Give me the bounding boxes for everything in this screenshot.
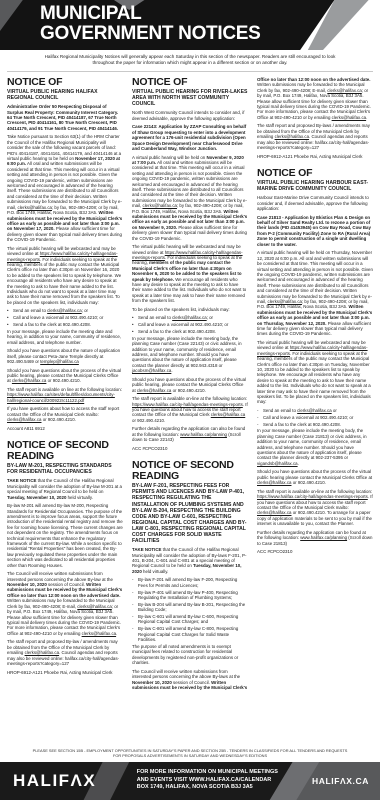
text-segment: November 10, 2020 (132, 680, 172, 685)
list-item-text: By-law F-201 will amend By-law F-200, Re… (138, 577, 248, 588)
text-segment: By-law F-201 will amend By-law F-200, Re… (138, 577, 237, 587)
text-segment: In your message, please include the meet… (7, 329, 121, 345)
link[interactable]: clerks@halifax.ca (77, 604, 111, 609)
link[interactable]: jacobsm@halifax.ca (132, 368, 171, 373)
text-segment: or (332, 408, 337, 413)
text-segment: Case 21813 - Application by Ekistics Pla… (257, 215, 371, 247)
text-segment: ; or (82, 308, 88, 313)
notice-list-item: •Send an email to clerks@halifax.ca; or (7, 308, 123, 313)
text-segment: Tuesday, November 10, 2020 (7, 495, 66, 500)
footer-info-line2: AND EVENTS VISIT WWW.HALIFAX.CA/CALENDAR (137, 777, 281, 785)
link[interactable]: https://www.halifax.ca/city-hall/agendas… (257, 494, 368, 499)
list-item-text: Send an email to clerks@halifax.ca; or (13, 308, 123, 313)
notice-paragraph: North West Community Council intends to … (132, 110, 248, 121)
notice-title: NOTICE OF (132, 77, 248, 88)
notice-list-item: -Call and leave a voicemail at 902.490.4… (257, 415, 373, 420)
notice-title: NOTICE OF (257, 168, 373, 179)
notice-subtitle: BY-LAW M-201, RESPECTING STANDARDS FOR R… (7, 463, 123, 475)
notices-columns: NOTICE OFVIRTUAL PUBLIC HEARING HALIFAX … (7, 71, 373, 745)
notice-list-item: -Send an email to clerks@halifax.ca or (257, 408, 373, 413)
text-segment: In your message, please include the meet… (132, 336, 242, 368)
notice-paragraph: A virtual public hearing will be held on… (132, 155, 248, 242)
link[interactable]: clerks@halifax.ca (327, 88, 361, 93)
text-segment: All oral and written submissions will be… (132, 160, 247, 208)
notice-paragraph: ACC #CPCO2310 (257, 549, 373, 554)
link[interactable]: clerks@halifax.ca (7, 417, 41, 422)
text-segment: or 902.490.4210. (46, 378, 80, 383)
notice-paragraph: Should you have questions about the proc… (257, 469, 373, 485)
link[interactable]: https://www.halifax.ca/sites/default/fil… (7, 392, 115, 402)
text-segment: All oral and written submissions will be… (7, 161, 122, 209)
notice-subtitle: VIRTUAL PUBLIC HEARING HALIFAX REGIONAL … (7, 89, 123, 101)
text-segment: Send an email to (263, 408, 297, 413)
link[interactable]: clerks@halifax.ca (18, 205, 52, 210)
text-segment: Send a fax to the clerk at 902.490.4208. (138, 329, 216, 334)
text-segment: The staff report is available on line at… (7, 387, 122, 392)
text-segment: By-law M-201 will amend By-law M-200, Re… (7, 503, 123, 567)
page-title: MUNICIPAL GOVERNMENT NOTICES (40, 4, 261, 44)
link[interactable]: www.halifax.ca/planning (300, 535, 347, 540)
text-segment: or 902.490.4210. (171, 388, 205, 393)
notice-list-item: -By-law B-204 will amend By-law B-201, R… (132, 602, 248, 613)
notice-paragraph: The purpose of all noted amendments is t… (132, 644, 248, 666)
notice-paragraph: By-law M-201 will amend By-law M-200, Re… (7, 503, 123, 568)
text-segment: Send an email to (13, 308, 47, 313)
notice-list-item: -By-law C-801 will amend By-law C-800, R… (132, 626, 248, 642)
notice-paragraph: Further details regarding the applicatio… (257, 530, 373, 546)
text-segment: . (116, 631, 117, 636)
text-segment: North West Community Council intends to … (132, 110, 244, 120)
intro-text: Halifax Regional Municipality Notices wi… (0, 50, 380, 69)
text-segment: The staff report is available on-line at… (132, 396, 247, 401)
text-segment: Send a fax to the clerk at 902.490.4208. (13, 322, 91, 327)
text-segment: If you have questions about how to acces… (7, 406, 119, 416)
notice-subtitle: VIRTUAL PUBLIC HEARING HARBOUR EAST-MARI… (257, 180, 373, 192)
notice-paragraph: Should you have questions about the proc… (7, 368, 123, 384)
notice-paragraph: The Council will receive written submiss… (7, 571, 123, 636)
section-reference-note: PLEASE SEE SECTION 15B - EMPLOYMENT OPPO… (0, 745, 380, 761)
text-segment: The purpose of all noted amendments is t… (132, 644, 238, 665)
halifax-logo: HALIFΛX (13, 771, 96, 791)
notice-paragraph: A virtual public hearing will be held on… (257, 250, 373, 337)
text-segment: By-law C-801 will amend By-law C-800, Re… (138, 626, 238, 642)
section-reference-line2: FOR PROPOSALS ADVERTISEMENTS IN SATURDAY… (12, 753, 368, 758)
notice-paragraph: Office no later than 12:00 noon on the a… (257, 77, 373, 120)
text-segment: . (171, 368, 172, 373)
link[interactable]: clerks@halifax.ca (257, 480, 291, 485)
notice-title: NOTICE OF (7, 77, 123, 88)
link[interactable]: clerks@halifax.ca (275, 134, 309, 139)
footer-info-text: FOR MORE INFORMATION ON MUNICIPAL MEETIN… (137, 769, 281, 792)
list-item-text: Send an email to clerks@halifax.ca; or (138, 315, 248, 320)
list-item-text: Send a fax to the clerk at 902.490.4208. (138, 329, 248, 334)
notice-list-item: •Send an email to clerks@halifax.ca; or (132, 315, 248, 320)
notice-list-item: -Send a fax to the clerk at 902.490.4208… (257, 422, 373, 427)
notice-paragraph: Further details regarding the applicatio… (132, 426, 248, 442)
notice-paragraph: The staff report and proposed By-laws / … (257, 123, 373, 150)
halifax-ca-link[interactable]: HALIFΛX.CA (312, 776, 369, 786)
notice-paragraph: Take Notice pursuant to Section 63(1) of… (7, 134, 123, 242)
notices-column-1: NOTICE OFVIRTUAL PUBLIC HEARING HALIFAX … (7, 77, 123, 745)
text-segment: HROP-6912-A121 Phoebe Rai, Acting Munici… (7, 670, 112, 675)
list-item-text: Call and leave a voicemail at 902.490.42… (138, 322, 248, 327)
link[interactable]: clerks@halifax.ca (25, 650, 59, 655)
text-segment: Call and leave a voicemail at 902.490.42… (138, 322, 228, 327)
masthead-banner: MUNICIPAL GOVERNMENT NOTICES (0, 0, 380, 50)
text-segment: or 902.490.4210. (291, 480, 325, 485)
text-segment: Account A811 6912 (7, 426, 45, 431)
notice-paragraph: In your message, please include the meet… (7, 329, 123, 345)
text-segment: . (298, 461, 299, 466)
notice-paragraph: Harbour East-Marine Drive Community Coun… (257, 195, 373, 211)
link[interactable]: clerks@halifax.ca (297, 408, 331, 413)
link[interactable]: clerks@halifax.ca (82, 631, 116, 636)
text-segment: By-law B-204 will amend By-law B-201, Re… (138, 602, 245, 612)
notice-paragraph: The staff report is available on-line at… (132, 396, 248, 423)
text-segment: or 902.490.4210. (132, 418, 165, 423)
link[interactable]: www.halifax.ca/planning (180, 432, 227, 437)
notice-paragraph: The staff report is available on-line at… (257, 489, 373, 527)
notice-title: NOTICE OF SECOND READING (132, 460, 248, 482)
notice-paragraph: Should you have questions about the proc… (132, 377, 248, 393)
list-item-text: Call and leave a voicemail at 902.490.42… (263, 415, 373, 420)
text-segment: A virtual public hearing will be held on… (257, 250, 373, 304)
link[interactable]: clerks@halifax.ca (211, 412, 245, 417)
text-segment: By-law P-401 will amend By-law P-400, Re… (138, 590, 238, 600)
text-segment: or 902.490.4210. (41, 417, 75, 422)
text-segment: TAKE NOTICE (132, 547, 161, 552)
text-segment: Call and leave a voicemail at 902.490.42… (13, 315, 103, 320)
notice-paragraph: The Council will receive written submiss… (132, 669, 248, 691)
notice-list-item: •Send a fax to the clerk at 902.490.4208… (132, 329, 248, 334)
notice-paragraph: Should you have questions about the natu… (7, 348, 123, 364)
text-segment: ACC #CPCO2310 (257, 549, 292, 554)
text-segment: By-law C-601 will amend By-law C-600, Re… (138, 614, 238, 624)
list-item-text: Send a fax to the clerk at 902.490.4208. (263, 422, 373, 427)
notice-subtitle: VIRTUAL PUBLIC HEARING FOR RIVER-LAKES A… (132, 89, 248, 107)
text-segment: Call and leave a voicemail at 902.490.42… (263, 415, 353, 420)
link[interactable]: clerks@halifax.ca (47, 308, 81, 313)
text-segment: Administrative Order 50 Respecting Dispo… (7, 104, 118, 131)
text-segment: To be placed on the speakers list, indiv… (132, 307, 230, 312)
notice-list-item: -By-law F-201 will amend By-law F-200, R… (132, 577, 248, 588)
notice-paragraph: ACC #CPCO2310 (132, 446, 248, 451)
list-item-text: Call and leave a voicemail at 902.490.42… (13, 315, 123, 320)
link[interactable]: https://www.halifax.ca/city-hall/agendas… (132, 402, 243, 407)
footer-bar: HALIFΛX FOR MORE INFORMATION ON MUNICIPA… (0, 762, 380, 800)
notice-paragraph: In your message, please include the meet… (132, 336, 248, 374)
notice-paragraph: HROP-6912-A121 Phoebe Rai, Acting Munici… (257, 154, 373, 159)
notice-paragraph: The staff report is available on line at… (7, 387, 123, 403)
notice-list-item: •Call and leave a voicemail at 902.490.4… (7, 315, 123, 320)
link[interactable]: clerks@halifax.ca (12, 378, 46, 383)
footer-info-line3: BOX 1749, HALIFAX, NOVA SCOTIA B3J 3A5 (137, 784, 281, 792)
list-item-text: Send a fax to the clerk at 902.490.4208. (13, 322, 123, 327)
notice-paragraph: Case 21813 - Application by Ekistics Pla… (257, 215, 373, 247)
text-segment: . For individuals seeking to speak at th… (257, 351, 371, 405)
notice-paragraph: To be placed on the speakers list, indiv… (132, 307, 248, 312)
notice-paragraph: TAKE NOTICE that the Council of the Hali… (132, 547, 248, 574)
link[interactable]: templep@halifax.ca (40, 359, 79, 364)
text-segment: Send a fax to the clerk at 902.490.4208. (263, 422, 341, 427)
notice-paragraph: HROP-6912-A121 Phoebe Rai, Acting Munici… (7, 670, 123, 675)
text-segment: November 10, 2020 (7, 582, 47, 587)
text-segment: The staff report is available on-line at… (257, 489, 372, 494)
notice-paragraph: Account A811 6912 (7, 426, 123, 431)
notice-paragraph: If you have questions about how to acces… (7, 406, 123, 422)
page-title-line2: GOVERNMENT NOTICES (40, 24, 261, 44)
text-segment: The Council will receive written submiss… (132, 669, 240, 679)
text-segment: Office no later than 12:00 noon on the a… (257, 77, 370, 82)
notice-list-item: •Call and leave a voicemail at 902.490.4… (132, 322, 248, 327)
notice-paragraph: The virtual public hearing will be webca… (257, 340, 373, 405)
notice-paragraph: Administrative Order 50 Respecting Dispo… (7, 104, 123, 131)
link[interactable]: clerks@halifax.ca (143, 203, 177, 208)
notice-paragraph: The staff report and proposed By-law / a… (7, 639, 123, 666)
link[interactable]: clerks@halifax.ca (257, 510, 291, 515)
notice-list-item: -By-law P-401 will amend By-law P-400, R… (132, 590, 248, 601)
notice-list-item: -By-law C-601 will amend By-law C-600, R… (132, 614, 248, 625)
link[interactable]: clerks@halifax.ca (332, 115, 366, 120)
footer-info-line1: FOR MORE INFORMATION ON MUNICIPAL MEETIN… (137, 769, 281, 777)
notice-paragraph: The virtual public hearing will be webca… (7, 246, 123, 305)
text-segment: session of Council. (172, 680, 211, 685)
text-segment: HROP-6912-A121 Phoebe Rai, Acting Munici… (257, 154, 362, 159)
notice-subtitle: BY-LAW F-201, RESPECTING FEES FOR PERMIT… (132, 483, 248, 544)
text-segment: Should you have questions about the proc… (257, 469, 372, 479)
notice-paragraph: In your message, please include the meet… (257, 428, 373, 466)
text-segment: . (366, 115, 367, 120)
list-item-text: Send an email to clerks@halifax.ca or (263, 408, 373, 413)
text-segment: A virtual public hearing will be held on (132, 155, 206, 160)
notice-title: NOTICE OF SECOND READING (7, 440, 123, 462)
text-segment: held virtually. (66, 495, 93, 500)
list-item-text: By-law P-401 will amend By-law P-400, Re… (138, 590, 248, 601)
notices-column-3: Office no later than 12:00 noon on the a… (257, 77, 373, 745)
link[interactable]: vigandsb@halifax.ca (257, 461, 298, 466)
text-segment: ; or (207, 315, 213, 320)
page-title-line1: MUNICIPAL (40, 4, 261, 24)
notice-paragraph: Case 22143: Application by ZZAP Consulti… (132, 124, 248, 151)
link[interactable]: clerks@halifax.ca (172, 315, 206, 320)
list-item-text: By-law C-601 will amend By-law C-600, Re… (138, 614, 248, 625)
text-segment: session of Council. (47, 582, 86, 587)
notice-paragraph: TAKE NOTICE that the Council of the Hali… (7, 478, 123, 500)
notices-column-2: NOTICE OFVIRTUAL PUBLIC HEARING FOR RIVE… (132, 77, 248, 745)
text-segment: Harbour East-Marine Drive Community Coun… (257, 195, 369, 211)
text-segment: TAKE NOTICE (7, 478, 36, 483)
list-item-text: By-law B-204 will amend By-law B-201, Re… (138, 602, 248, 613)
link[interactable]: clerks@halifax.ca (137, 388, 171, 393)
text-segment: held virtually. (142, 569, 169, 574)
link[interactable]: clerks@halifax.ca (268, 299, 302, 304)
text-segment: In your message, please include the meet… (257, 428, 367, 460)
text-segment: Case 22143: Application by ZZAP Consulti… (132, 124, 246, 151)
notice-list-item: •Send a fax to the clerk at 902.490.4208… (7, 322, 123, 327)
text-segment: The Council will receive written submiss… (7, 571, 113, 581)
list-item-text: By-law C-801 will amend By-law C-800, Re… (138, 626, 248, 642)
text-segment: ACC #CPCO2310 (132, 446, 167, 451)
text-segment: . For individuals seeking to speak at th… (7, 257, 121, 305)
text-segment: Send an email to (138, 315, 172, 320)
notice-paragraph: The virtual public hearing will be webca… (132, 244, 248, 303)
